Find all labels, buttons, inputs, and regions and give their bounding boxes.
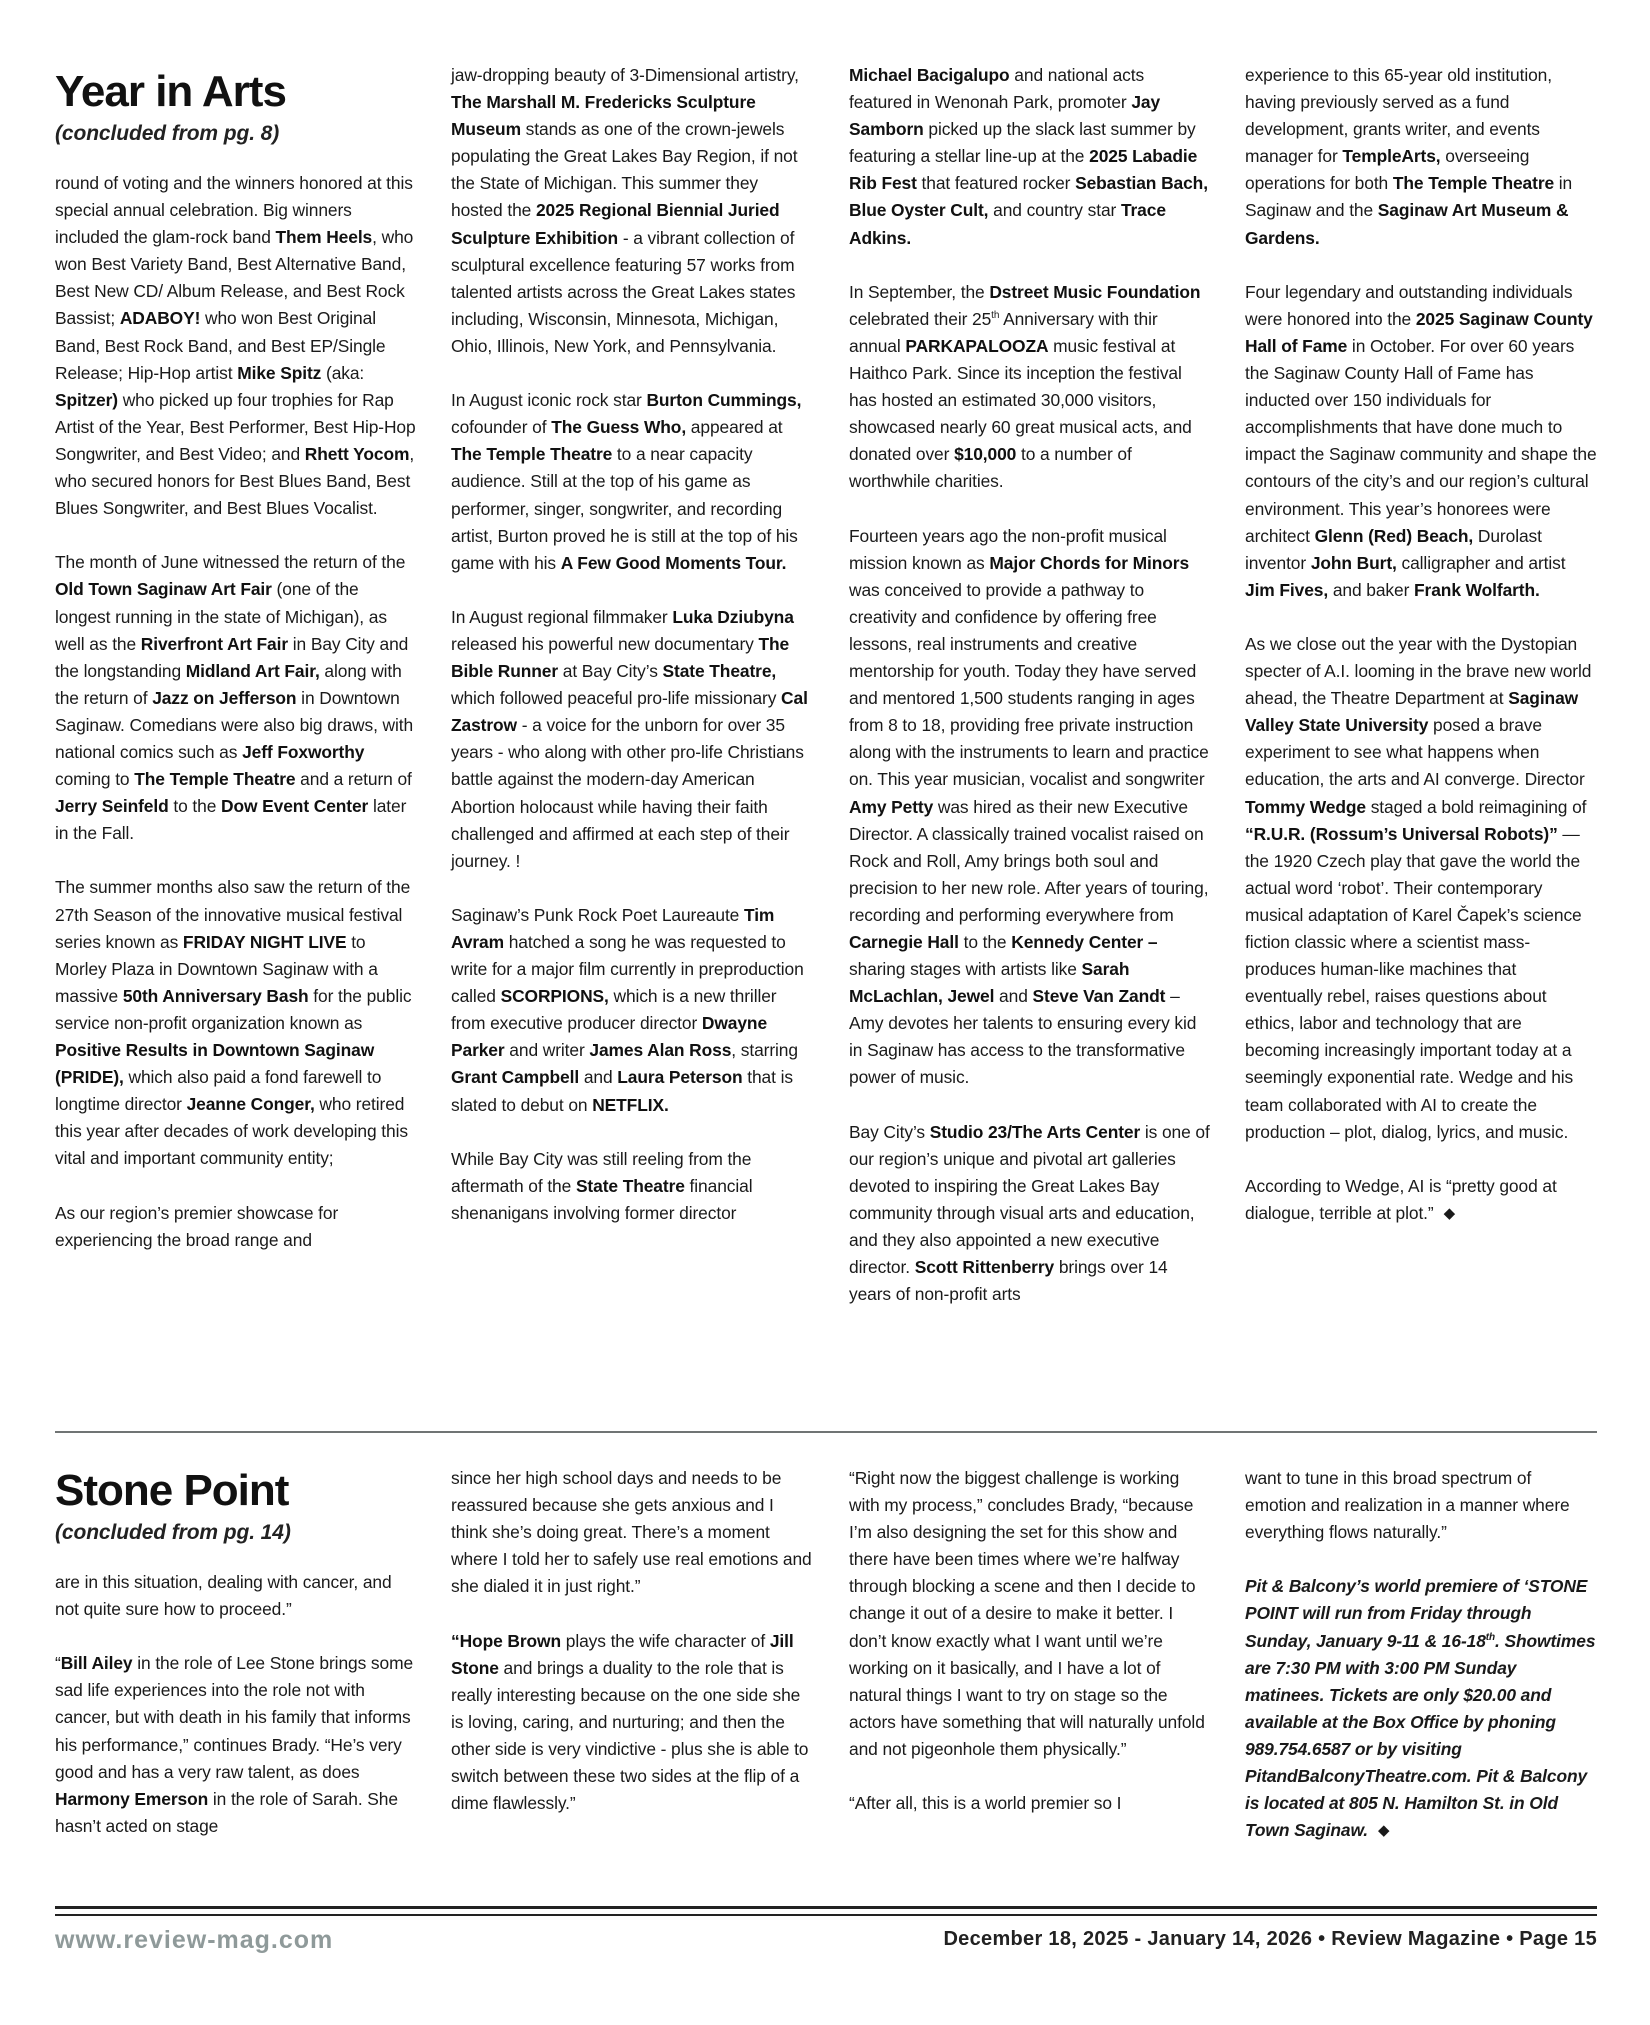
- bold-name: Jim Fives,: [1245, 580, 1328, 600]
- bold-name: ADABOY!: [120, 308, 200, 328]
- paragraph: “Bill Ailey in the role of Lee Stone bri…: [55, 1650, 417, 1840]
- article-kicker: (concluded from pg. 14): [55, 1519, 417, 1547]
- article-column-4: want to tune in this broad spectrum of e…: [1245, 1465, 1597, 1844]
- article-column-2: jaw-dropping beauty of 3-Dimensional art…: [451, 62, 813, 1227]
- bold-name: Major Chords for Minors: [989, 553, 1189, 573]
- bold-name: The Marshall M. Fredericks Sculpture Mus…: [451, 92, 756, 139]
- paragraph: are in this situation, dealing with canc…: [55, 1569, 417, 1623]
- bold-name: Steve Van Zandt: [1033, 986, 1166, 1006]
- article-year-in-arts: Year in Arts (concluded from pg. 8) roun…: [55, 62, 1597, 1402]
- bold-name: Studio 23/The Arts Center: [930, 1122, 1140, 1142]
- bold-name: John Burt,: [1311, 553, 1397, 573]
- bold-name: FRIDAY NIGHT LIVE: [183, 932, 347, 952]
- paragraph: The month of June witnessed the return o…: [55, 549, 417, 847]
- paragraph: According to Wedge, AI is “pretty good a…: [1245, 1173, 1597, 1227]
- paragraph: As we close out the year with the Dystop…: [1245, 631, 1597, 1146]
- bold-name: Grant Campbell: [451, 1067, 579, 1087]
- event-info: . Showtimes are 7:30 PM with 3:00 PM Sun…: [1245, 1631, 1595, 1841]
- footer-rule-top: [55, 1906, 1597, 1909]
- bold-name: Jeanne Conger,: [187, 1094, 315, 1114]
- article-kicker: (concluded from pg. 8): [55, 120, 417, 148]
- article-body: since her high school days and needs to …: [451, 1465, 813, 1817]
- bold-name: Frank Wolfarth.: [1414, 580, 1540, 600]
- bold-name: “Hope Brown: [451, 1631, 561, 1651]
- bold-name: State Theatre: [576, 1176, 685, 1196]
- paragraph: “Right now the biggest challenge is work…: [849, 1465, 1211, 1763]
- paragraph: As our region’s premier showcase for exp…: [55, 1200, 417, 1254]
- footer-website-link[interactable]: www.review-mag.com: [55, 1926, 333, 1955]
- paragraph: The summer months also saw the return of…: [55, 874, 417, 1172]
- article-headline: Stone Point: [55, 1467, 417, 1515]
- paragraph: Saginaw’s Punk Rock Poet Laureaute Tim A…: [451, 902, 813, 1119]
- bold-name: Positive Results in Downtown Saginaw (PR…: [55, 1040, 374, 1087]
- article-column-3: Michael Bacigalupo and national acts fea…: [849, 62, 1211, 1308]
- bold-name: Luka Dziubyna: [672, 607, 793, 627]
- paragraph: Pit & Balcony’s world premiere of ‘STONE…: [1245, 1573, 1597, 1844]
- bold-name: Amy Petty: [849, 797, 933, 817]
- bold-name: The Guess Who,: [551, 417, 686, 437]
- bold-name: Burton Cummings,: [646, 390, 801, 410]
- footer-rule-bottom: [55, 1914, 1597, 1916]
- bold-name: Dow Event Center: [221, 796, 368, 816]
- bold-name: Midland Art Fair,: [186, 661, 320, 681]
- bold-name: SCORPIONS,: [501, 986, 609, 1006]
- paragraph: “After all, this is a world premier so I: [849, 1790, 1211, 1817]
- bold-name: Jay Samborn: [849, 92, 1160, 139]
- article-column-2: since her high school days and needs to …: [451, 1465, 813, 1817]
- bold-name: Laura Peterson: [617, 1067, 742, 1087]
- bold-name: The Temple Theatre: [451, 444, 612, 464]
- paragraph: experience to this 65-year old instituti…: [1245, 62, 1597, 252]
- bold-name: The Temple Theatre: [134, 769, 295, 789]
- bold-name: Rhett Yocom: [305, 444, 410, 464]
- paragraph: Four legendary and outstanding individua…: [1245, 279, 1597, 604]
- bold-name: TempleArts,: [1342, 146, 1440, 166]
- end-mark-diamond-icon: ◆: [1378, 1817, 1389, 1844]
- paragraph: In September, the Dstreet Music Foundati…: [849, 279, 1211, 496]
- bold-name: Jazz on Jefferson: [152, 688, 296, 708]
- paragraph: While Bay City was still reeling from th…: [451, 1146, 813, 1227]
- article-column-1: Year in Arts (concluded from pg. 8) roun…: [55, 62, 417, 1254]
- bold-name: “R.U.R. (Rossum’s Universal Robots)”: [1245, 824, 1558, 844]
- bold-name: Spitzer): [55, 390, 118, 410]
- end-mark-diamond-icon: ◆: [1444, 1200, 1455, 1227]
- bold-name: Saginaw Art Museum & Gardens.: [1245, 200, 1568, 247]
- paragraph: Fourteen years ago the non-profit musica…: [849, 523, 1211, 1092]
- bold-name: The Temple Theatre: [1393, 173, 1554, 193]
- bold-name: Scott Rittenberry: [915, 1257, 1054, 1277]
- article-body: want to tune in this broad spectrum of e…: [1245, 1465, 1597, 1844]
- ordinal-suffix: th: [991, 310, 999, 321]
- paragraph: jaw-dropping beauty of 3-Dimensional art…: [451, 62, 813, 360]
- bold-name: Dstreet Music Foundation: [989, 282, 1200, 302]
- article-body: experience to this 65-year old instituti…: [1245, 62, 1597, 1227]
- section-divider: [55, 1431, 1597, 1433]
- paragraph: “Hope Brown plays the wife character of …: [451, 1628, 813, 1818]
- article-stone-point: Stone Point (concluded from pg. 14) are …: [55, 1465, 1597, 1885]
- article-column-4: experience to this 65-year old instituti…: [1245, 62, 1597, 1227]
- bold-name: NETFLIX.: [592, 1095, 669, 1115]
- paragraph: round of voting and the winners honored …: [55, 170, 417, 522]
- article-body: Michael Bacigalupo and national acts fea…: [849, 62, 1211, 1308]
- article-body: are in this situation, dealing with canc…: [55, 1569, 417, 1840]
- bold-name: 50th Anniversary Bash: [123, 986, 309, 1006]
- paragraph: Michael Bacigalupo and national acts fea…: [849, 62, 1211, 252]
- article-body: round of voting and the winners honored …: [55, 170, 417, 1254]
- bold-name: Jeff Foxworthy: [242, 742, 364, 762]
- footer-issue-info: December 18, 2025 - January 14, 2026 • R…: [943, 1928, 1597, 1951]
- bold-name: Harmony Emerson: [55, 1789, 208, 1809]
- article-body: “Right now the biggest challenge is work…: [849, 1465, 1211, 1817]
- bold-name: Cal Zastrow: [451, 688, 808, 735]
- bold-name: PARKAPALOOZA: [905, 336, 1048, 356]
- paragraph: In August iconic rock star Burton Cummin…: [451, 387, 813, 577]
- article-column-1: Stone Point (concluded from pg. 14) are …: [55, 1465, 417, 1840]
- bold-name: Tommy Wedge: [1245, 797, 1366, 817]
- paragraph: Bay City’s Studio 23/The Arts Center is …: [849, 1119, 1211, 1309]
- ordinal-suffix: th: [1486, 1632, 1495, 1643]
- article-body: jaw-dropping beauty of 3-Dimensional art…: [451, 62, 813, 1227]
- paragraph: since her high school days and needs to …: [451, 1465, 813, 1600]
- bold-name: Old Town Saginaw Art Fair: [55, 579, 272, 599]
- bold-name: Tim Avram: [451, 905, 774, 952]
- bold-name: A Few Good Moments Tour.: [561, 553, 787, 573]
- bold-name: 2025 Saginaw County Hall of Fame: [1245, 309, 1593, 356]
- bold-name: $10,000: [954, 444, 1016, 464]
- bold-name: James Alan Ross: [589, 1040, 731, 1060]
- paragraph: want to tune in this broad spectrum of e…: [1245, 1465, 1597, 1546]
- bold-name: Them Heels: [276, 227, 373, 247]
- bold-name: Jerry Seinfeld: [55, 796, 169, 816]
- bold-name: Glenn (Red) Beach,: [1315, 526, 1474, 546]
- bold-name: Carnegie Hall: [849, 932, 959, 952]
- paragraph: In August regional filmmaker Luka Dziuby…: [451, 604, 813, 875]
- bold-name: Saginaw Valley State University: [1245, 688, 1578, 735]
- bold-name: Kennedy Center –: [1011, 932, 1157, 952]
- bold-name: Bill Ailey: [61, 1653, 133, 1673]
- bold-name: State Theatre,: [663, 661, 777, 681]
- bold-name: Mike Spitz: [237, 363, 321, 383]
- article-column-3: “Right now the biggest challenge is work…: [849, 1465, 1211, 1817]
- bold-name: Michael Bacigalupo: [849, 65, 1010, 85]
- bold-name: Riverfront Art Fair: [141, 634, 288, 654]
- article-headline: Year in Arts: [55, 68, 417, 116]
- bold-name: 2025 Regional Biennial Juried Sculpture …: [451, 200, 780, 247]
